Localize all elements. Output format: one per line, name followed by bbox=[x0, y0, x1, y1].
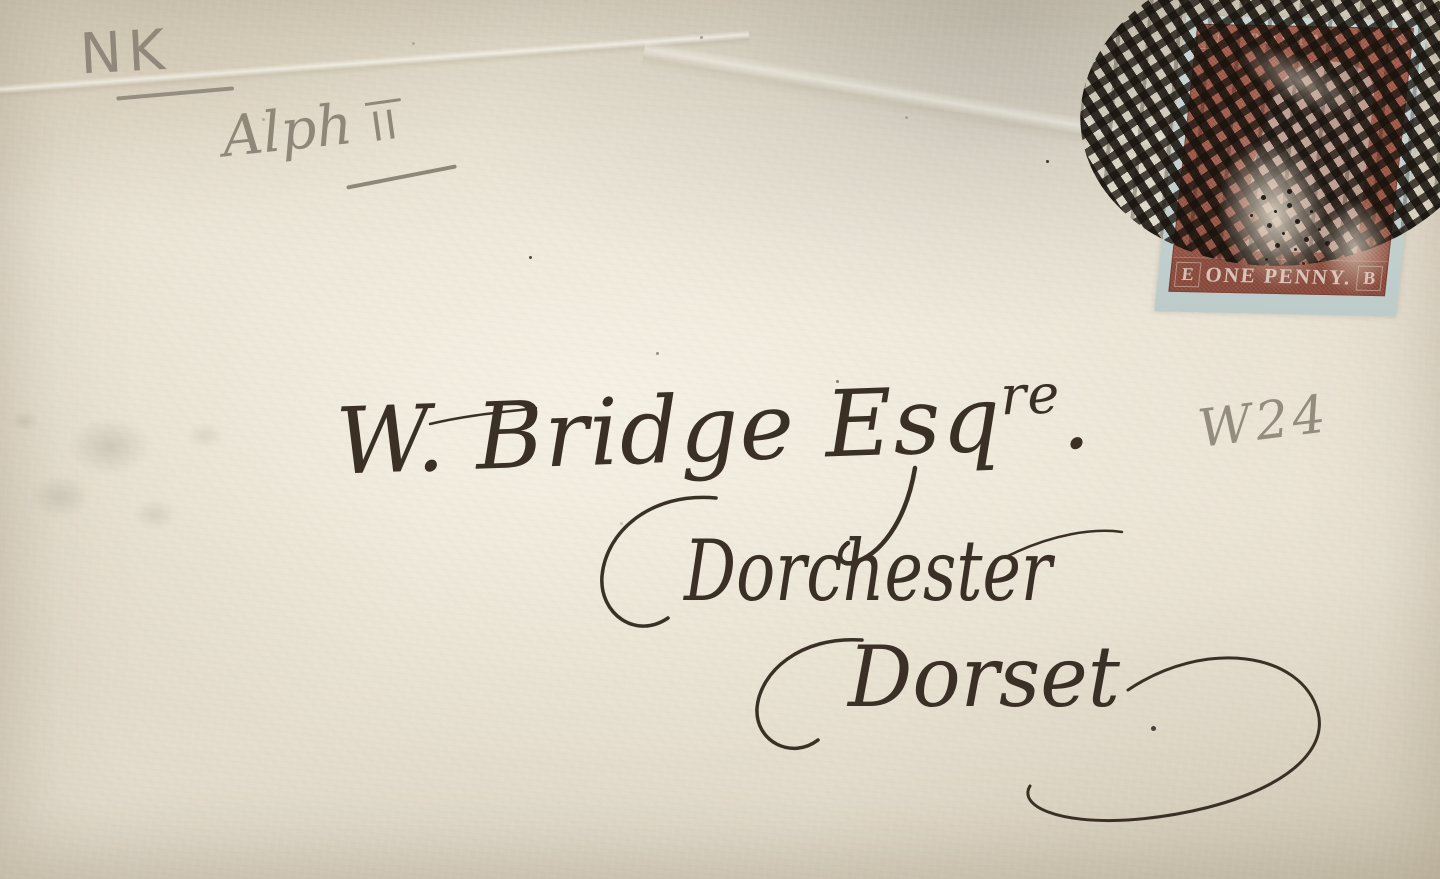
address-line1-main: W. Bridge Esq bbox=[334, 365, 1003, 495]
address-line1-period: . bbox=[1059, 362, 1093, 470]
cancel-ink-specks bbox=[0, 0, 3, 3]
check-letter-right: B bbox=[1356, 266, 1384, 292]
address-text: W. Bridge Esqre. Dorchester Dorset bbox=[334, 361, 1120, 726]
address-line3: Dorset bbox=[846, 628, 1120, 726]
denomination-label: ONE PENNY. bbox=[1203, 262, 1354, 290]
address-line1-superscript: re bbox=[999, 362, 1061, 427]
address-line2: Dorchester bbox=[682, 522, 1055, 620]
envelope-cover: NK Alph II W24 W. Bridge Esqre. Dorchest… bbox=[0, 0, 1440, 879]
check-letter-left: E bbox=[1174, 262, 1202, 288]
address-line1: W. Bridge Esqre. bbox=[334, 361, 1093, 495]
